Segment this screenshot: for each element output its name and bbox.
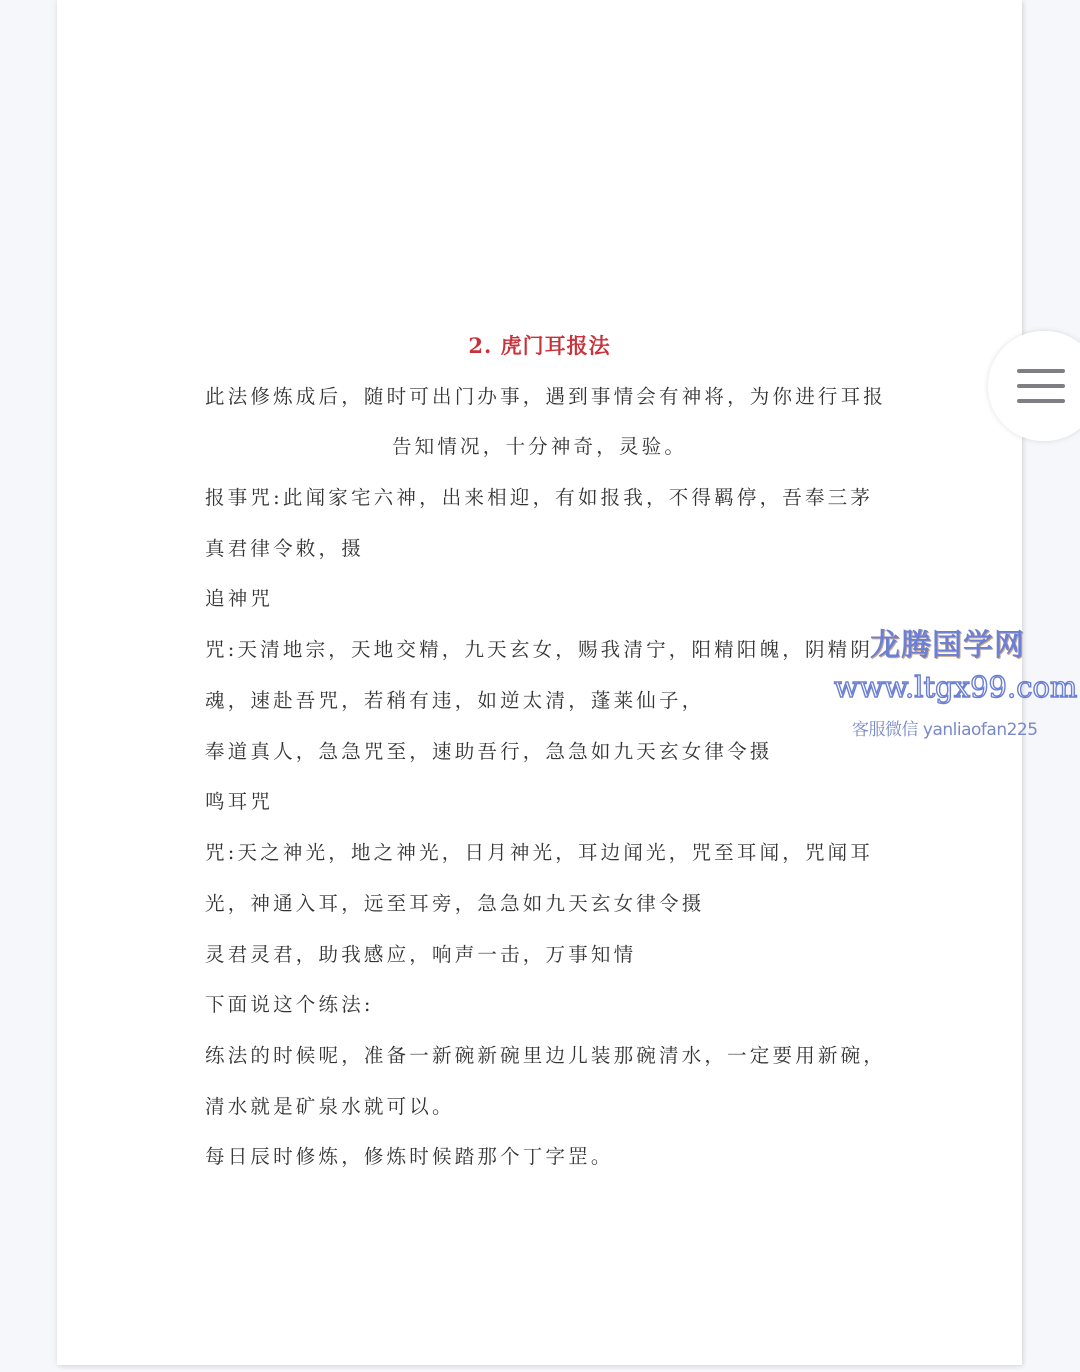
- paragraph-line: 下面说这个练法:: [205, 992, 374, 1018]
- paragraph-line: 此法修炼成后，随时可出门办事，遇到事情会有神将，为你进行耳报: [205, 384, 886, 410]
- paragraph-line: 清水就是矿泉水就可以。: [205, 1094, 455, 1120]
- watermark-contact: 客服微信 yanliaofan225: [852, 715, 1038, 740]
- paragraph-line: 告知情况，十分神奇，灵验。: [57, 434, 1022, 460]
- paragraph-line: 报事咒:此闻家宅六神，出来相迎，有如报我，不得羁停，吾奉三茅: [205, 485, 873, 511]
- watermark-url: www.ltgx99.com: [834, 670, 1077, 704]
- paragraph-line: 每日辰时修炼，修炼时候踏那个丁字罡。: [205, 1144, 614, 1170]
- paragraph-line: 练法的时候呢，准备一新碗新碗里边儿装那碗清水，一定要用新碗，: [205, 1043, 886, 1069]
- paragraph-line: 灵君灵君，助我感应，响声一击，万事知情: [205, 942, 636, 968]
- section-title: 2. 虎门耳报法: [57, 330, 1022, 360]
- paragraph-line: 魂，速赴吾咒，若稍有违，如逆太清，蓬莱仙子，: [205, 688, 704, 714]
- heading-line: 追神咒: [205, 586, 273, 612]
- paragraph-line: 咒:天清地宗，天地交精，九天玄女，赐我清宁，阳精阳魄，阴精阴: [205, 637, 873, 663]
- paragraph-line: 奉道真人，急急咒至，速助吾行，急急如九天玄女律令摄: [205, 739, 773, 765]
- paragraph-line: 光，神通入耳，远至耳旁，急急如九天玄女律令摄: [205, 891, 704, 917]
- paragraph-line: 真君律令敕，摄: [205, 536, 364, 562]
- heading-line: 鸣耳咒: [205, 789, 273, 815]
- paragraph-line: 咒:天之神光，地之神光，日月神光，耳边闻光，咒至耳闻，咒闻耳: [205, 840, 873, 866]
- watermark-site-name: 龙腾国学网: [870, 620, 1025, 664]
